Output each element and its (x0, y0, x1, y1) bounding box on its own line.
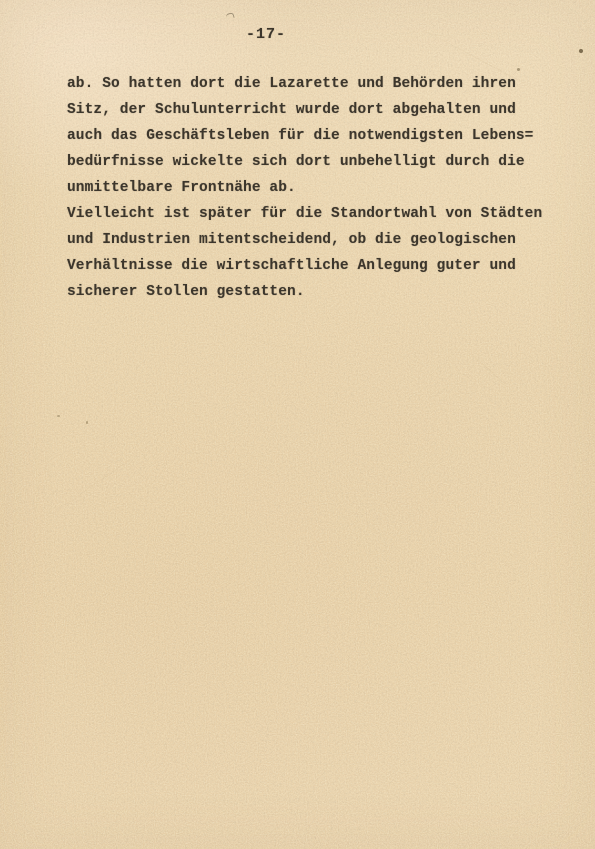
text-line: sicherer Stollen gestatten. (67, 279, 547, 305)
text-line: bedürfnisse wickelte sich dort unbehelli… (67, 149, 547, 175)
text-line: unmittelbare Frontnähe ab. (67, 175, 547, 201)
paper-mark (225, 12, 234, 20)
page-number: -17- (246, 26, 286, 43)
paper-crease (184, 315, 336, 365)
paper-crease (42, 440, 157, 521)
paper-speck (86, 421, 88, 424)
body-text: ab. So hatten dort die Lazarette und Beh… (67, 71, 547, 305)
scanned-page: -17- ab. So hatten dort die Lazarette un… (0, 0, 595, 849)
paper-speck (57, 415, 60, 417)
text-line: Vielleicht ist später für die Standortwa… (67, 201, 547, 227)
text-line: auch das Geschäftsleben für die notwendi… (67, 123, 547, 149)
paper-crease (464, 347, 517, 395)
text-line: ab. So hatten dort die Lazarette und Beh… (67, 71, 547, 97)
paper-speck (579, 49, 583, 53)
text-line: Sitz, der Schulunterricht wurde dort abg… (67, 97, 547, 123)
text-line: Verhältnisse die wirtschaftliche Anlegun… (67, 253, 547, 279)
text-line: und Industrien mitentscheidend, ob die g… (67, 227, 547, 253)
